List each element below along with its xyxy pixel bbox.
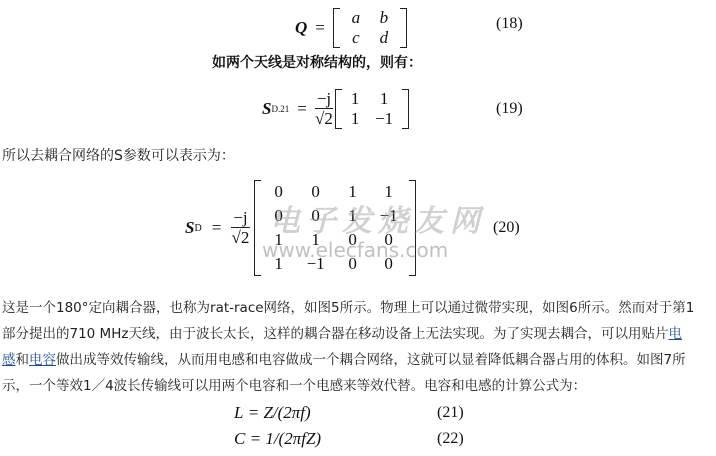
eq19-coefficient: −j √2 [315, 90, 333, 129]
paragraph-line-2: 部分提出的710 MHz天线，由于波长太长，这样的耦合器在移动设备上无法实现。为… [2, 321, 716, 347]
equals-sign: = [297, 99, 307, 119]
paragraph-text: 做出成等效传输线，从而用电感和电容做成一个耦合网络，这就可以显着降低耦合器占用的… [56, 352, 686, 368]
paragraph-line-4: 示，一个等效1／4波长传输线可以用两个电容和一个电感来等效代替。电容和电感的计算… [2, 373, 716, 399]
equation-21: L = Z/(2πf) [234, 403, 311, 423]
eq18-lhs: Q [295, 18, 307, 38]
paragraph-text: 部分提出的710 MHz天线，由于波长太长，这样的耦合器在移动设备上无法实现。为… [2, 326, 668, 342]
eq21-rhs: = Z/(2πf) [248, 403, 311, 422]
eq18-matrix: a b c d [333, 8, 407, 48]
eq19-lhs: S [262, 99, 271, 119]
eq22-lhs: C [234, 429, 245, 448]
matrix-cell: 1 [343, 89, 367, 109]
equation-19: S D.21 = −j √2 1 1 1 −1 [262, 84, 409, 134]
watermark-url: www.elecfans.com [262, 238, 448, 262]
matrix-cell: b [370, 8, 398, 28]
eq19-subscript: D.21 [271, 104, 289, 114]
caption-s-parameters: 所以去耦合网络的S参数可以表示为： [2, 145, 235, 165]
equation-18: Q = a b c d [295, 6, 407, 50]
eq19-matrix: 1 1 1 −1 [335, 89, 409, 129]
paragraph-text: 和 [16, 352, 30, 368]
eq20-lhs: S [185, 218, 194, 238]
body-paragraph: 这是一个180°定向耦合器，也称为rat-race网络，如图5所示。物理上可以通… [2, 295, 716, 399]
eq20-coefficient: −j √2 [231, 209, 249, 248]
link-inductor-part1[interactable]: 电 [668, 326, 682, 342]
eq22-rhs: = 1/(2πfZ) [250, 429, 321, 448]
equation-number-18: (18) [496, 15, 523, 33]
fraction-denominator: √2 [315, 109, 333, 129]
equation-number-21: (21) [437, 404, 464, 422]
matrix-cell: d [370, 28, 398, 48]
equation-number-19: (19) [496, 100, 523, 118]
matrix-cell: 1 [343, 109, 367, 129]
matrix-cell: c [342, 28, 370, 48]
watermark-logo-text: 电子发烧友网 [270, 196, 486, 240]
caption-symmetric: 如两个天线是对称结构的，则有： [212, 52, 422, 72]
fraction-denominator: √2 [232, 228, 250, 248]
paragraph-line-3: 感和电容做出成等效传输线，从而用电感和电容做成一个耦合网络，这就可以显着降低耦合… [2, 347, 716, 373]
matrix-cell: a [342, 8, 370, 28]
equals-sign: = [212, 218, 222, 238]
matrix-cell: −1 [367, 109, 401, 129]
link-inductor-part2[interactable]: 感 [2, 352, 16, 368]
fraction-numerator: −j [315, 90, 333, 109]
equation-22: C = 1/(2πfZ) [234, 429, 321, 449]
equals-sign: = [315, 18, 325, 38]
matrix-cell: 1 [367, 89, 401, 109]
fraction-numerator: −j [231, 209, 249, 228]
eq20-subscript: D [194, 223, 201, 234]
equation-number-22: (22) [437, 430, 464, 448]
equation-number-20: (20) [493, 219, 520, 237]
paragraph-line-1: 这是一个180°定向耦合器，也称为rat-race网络，如图5所示。物理上可以通… [2, 295, 716, 321]
link-capacitor[interactable]: 电容 [29, 352, 56, 368]
eq21-lhs: L [234, 403, 243, 422]
